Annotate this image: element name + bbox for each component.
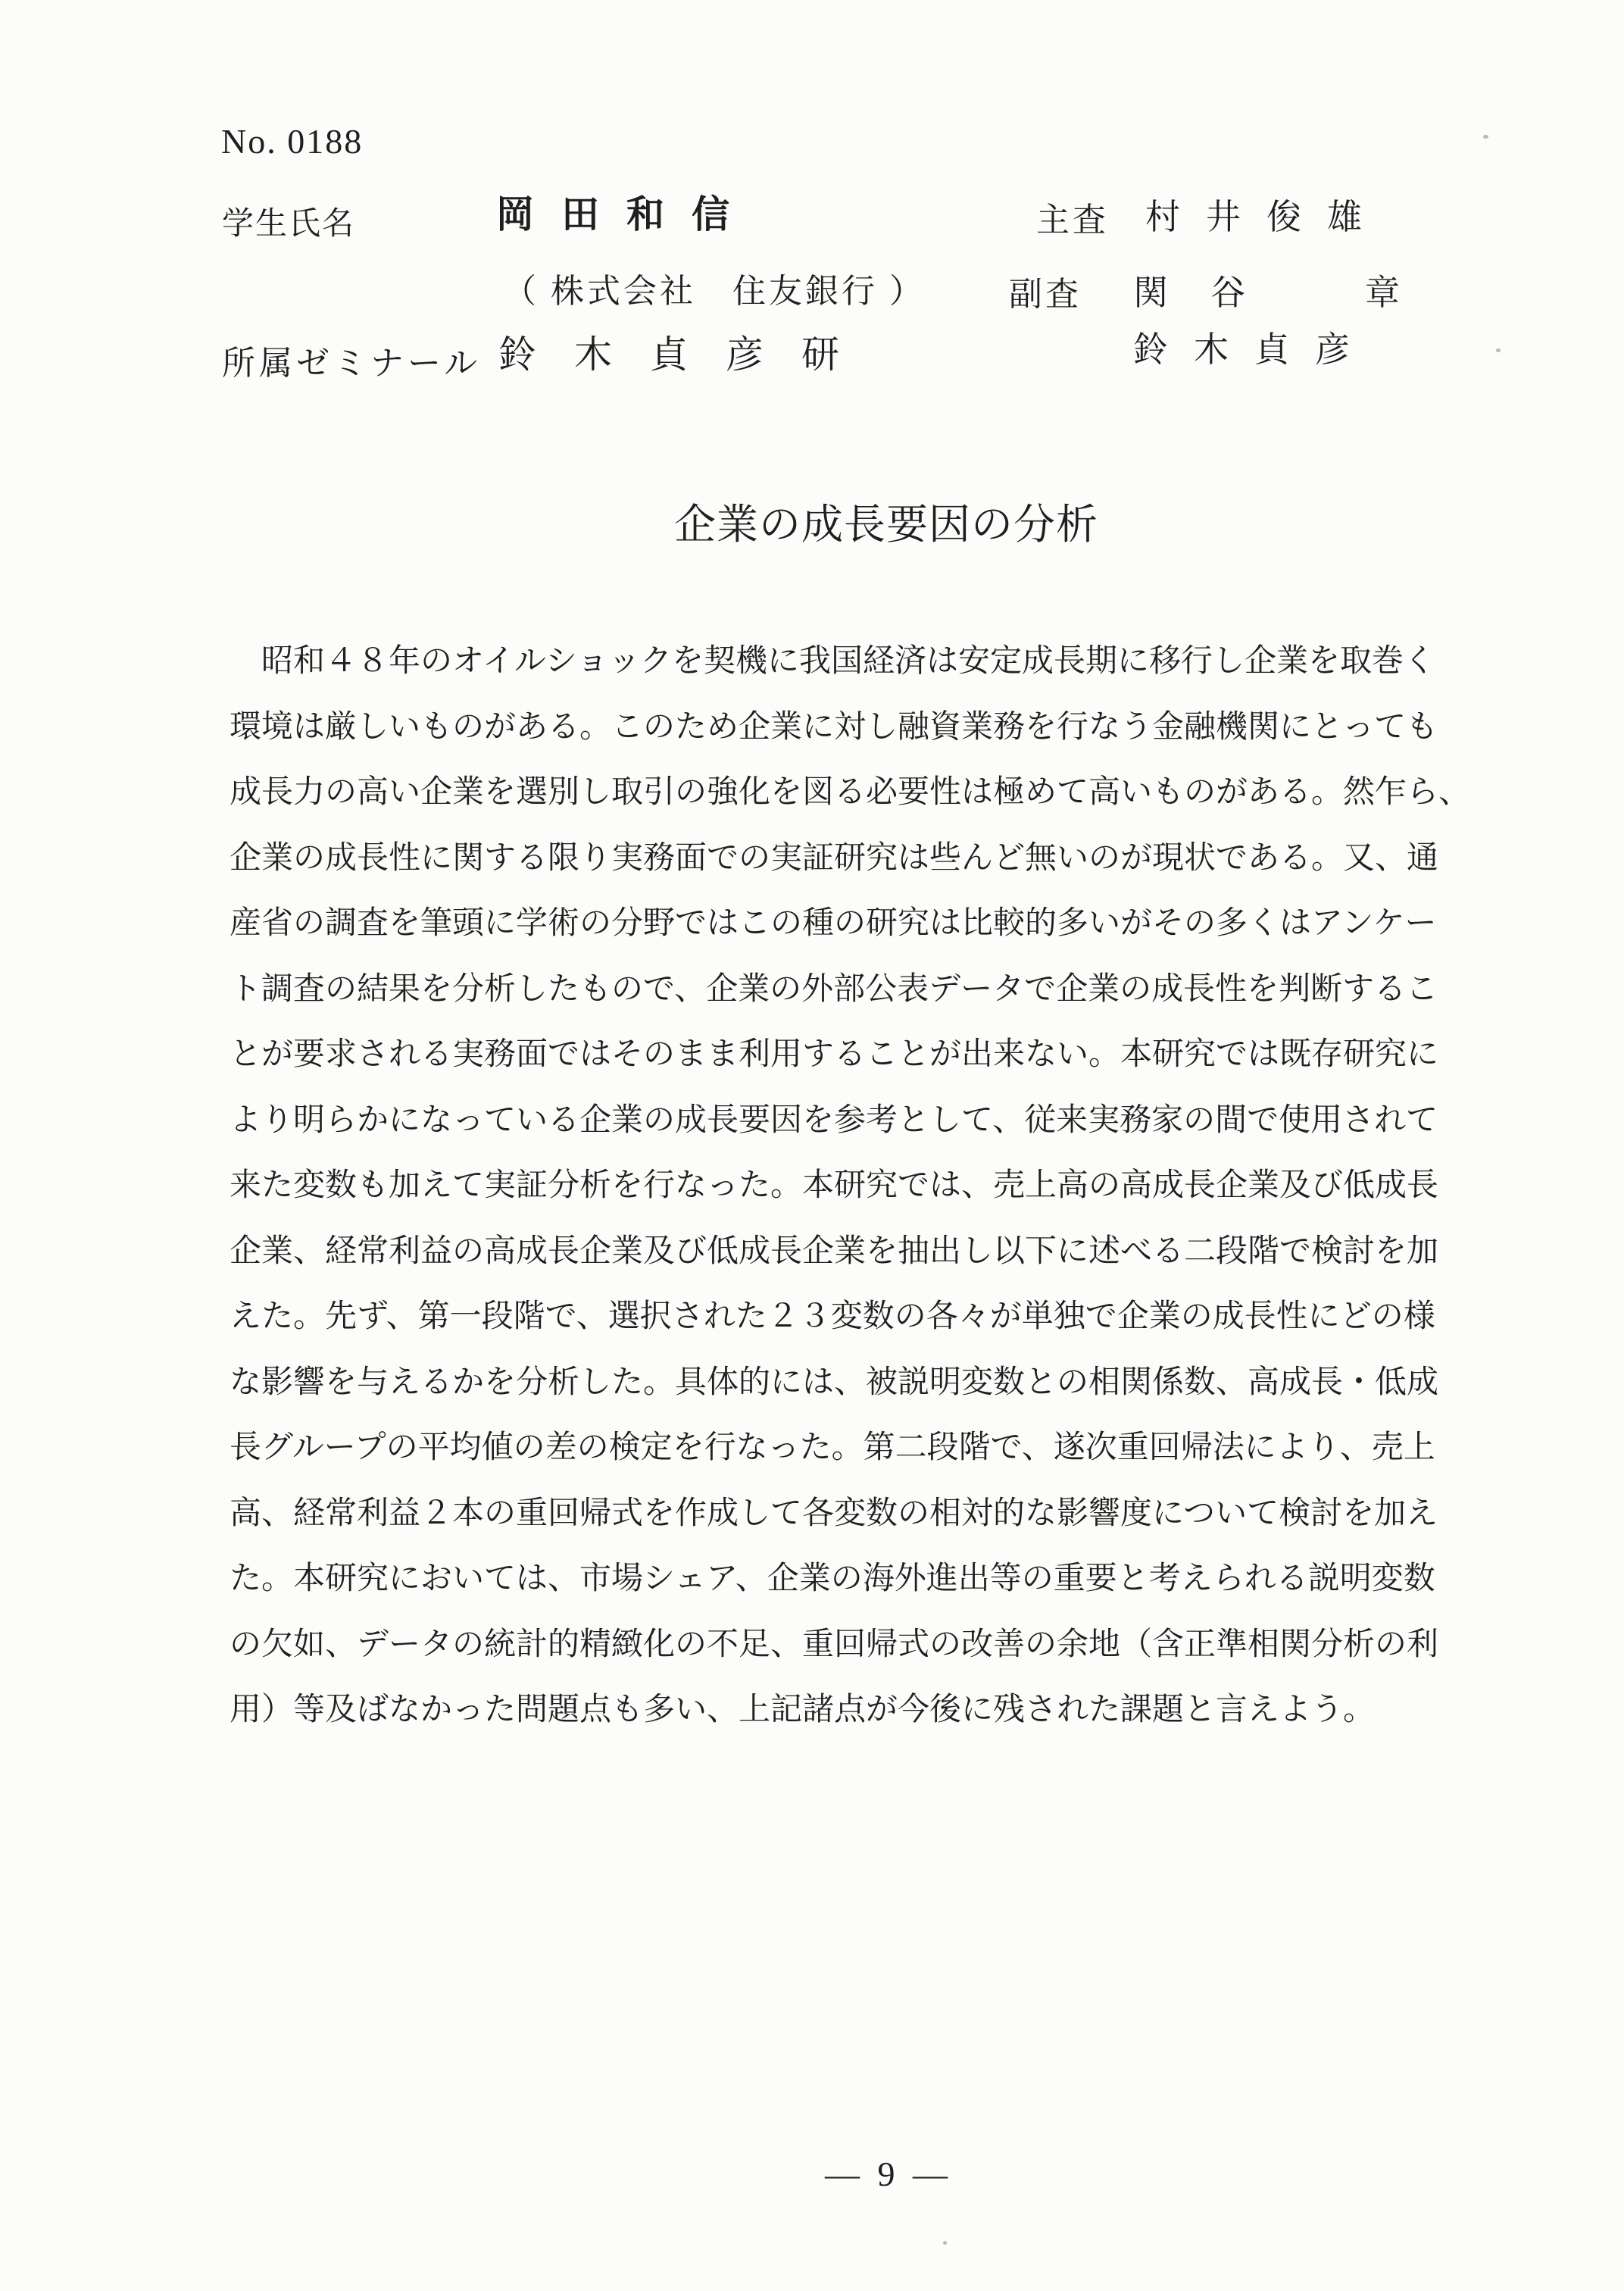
body-line: 成長力の高い企業を選別し取引の強化を図る必要性は極めて高いものがある。然乍ら、: [230, 760, 1457, 826]
chief-examiner-name: 村井俊雄: [1145, 189, 1388, 239]
body-line: 長グループの平均値の差の検定を行なった。第二段階で、遂次重回帰法により、売上: [230, 1415, 1457, 1481]
body-line: とが要求される実務面ではそのまま利用することが出来ない。本研究では既存研究に: [230, 1022, 1457, 1088]
scanned-document-page: No. 0188 学生氏名 岡田和信 主査 村井俊雄 （ 株式会社 住友銀行 ）…: [0, 0, 1624, 2291]
seminar-label: 所属ゼミナール: [222, 336, 481, 384]
document-number: No. 0188: [221, 121, 363, 161]
student-name-value: 岡田和信: [496, 184, 757, 239]
body-line: 高、経常利益２本の重回帰式を作成して各変数の相対的な影響度について検討を加え: [230, 1481, 1457, 1547]
deputy-examiner-label: 副査: [1009, 267, 1082, 315]
deputy-examiner-name-2: 鈴木貞彦: [1133, 322, 1376, 372]
body-line: 産省の調査を筆頭に学術の分野ではこの種の研究は比較的多いがその多くはアンケー: [230, 891, 1457, 957]
body-line: ト調査の結果を分析したもので、企業の外部公表データで企業の成長性を判断するこ: [230, 957, 1457, 1023]
body-line: 企業、経常利益の高成長企業及び低成長企業を抽出し以下に述べる二段階で検討を加: [230, 1219, 1457, 1285]
page-title: 企業の成長要因の分析: [674, 491, 1098, 551]
body-line: の欠如、データの統計的精緻化の不足、重回帰式の改善の余地（含正準相関分析の利: [230, 1612, 1457, 1678]
student-name-label: 学生氏名: [222, 198, 355, 244]
student-affiliation: （ 株式会社 住友銀行 ）: [503, 264, 926, 312]
body-line: えた。先ず、第一段階で、選択された２３変数の各々が単独で企業の成長性にどの様: [230, 1284, 1457, 1350]
scan-speck: [943, 2241, 947, 2245]
body-line: 昭和４８年のオイルショックを契機に我国経済は安定成長期に移行し企業を取巻く: [230, 629, 1457, 695]
body-line: より明らかになっている企業の成長要因を参考として、従来実務家の間で使用されて: [230, 1088, 1457, 1154]
body-line: た。本研究においては、市場シェア、企業の海外進出等の重要と考えられる説明変数: [230, 1546, 1457, 1612]
deputy-examiner-name: 関谷 章: [1133, 265, 1442, 315]
body-line: 用）等及ばなかった問題点も多い、上記諸点が今後に残された課題と言えよう。: [230, 1677, 1457, 1743]
seminar-name-value: 鈴木貞彦研: [498, 324, 877, 379]
scan-speck: [1496, 348, 1501, 352]
page-number: — 9 —: [817, 2154, 960, 2194]
scan-speck: [1483, 135, 1488, 139]
chief-examiner-label: 主査: [1036, 192, 1109, 241]
abstract-body: 昭和４８年のオイルショックを契機に我国経済は安定成長期に移行し企業を取巻く 環境…: [230, 629, 1457, 1743]
body-line: な影響を与えるかを分析した。具体的には、被説明変数との相関係数、高成長・低成: [230, 1350, 1457, 1416]
body-line: 来た変数も加えて実証分析を行なった。本研究では、売上高の高成長企業及び低成長: [230, 1153, 1457, 1219]
body-line: 企業の成長性に関する限り実務面での実証研究は些んど無いのが現状である。又、通: [230, 826, 1457, 892]
body-line: 環境は厳しいものがある。このため企業に対し融資業務を行なう金融機関にとっても: [230, 695, 1457, 761]
